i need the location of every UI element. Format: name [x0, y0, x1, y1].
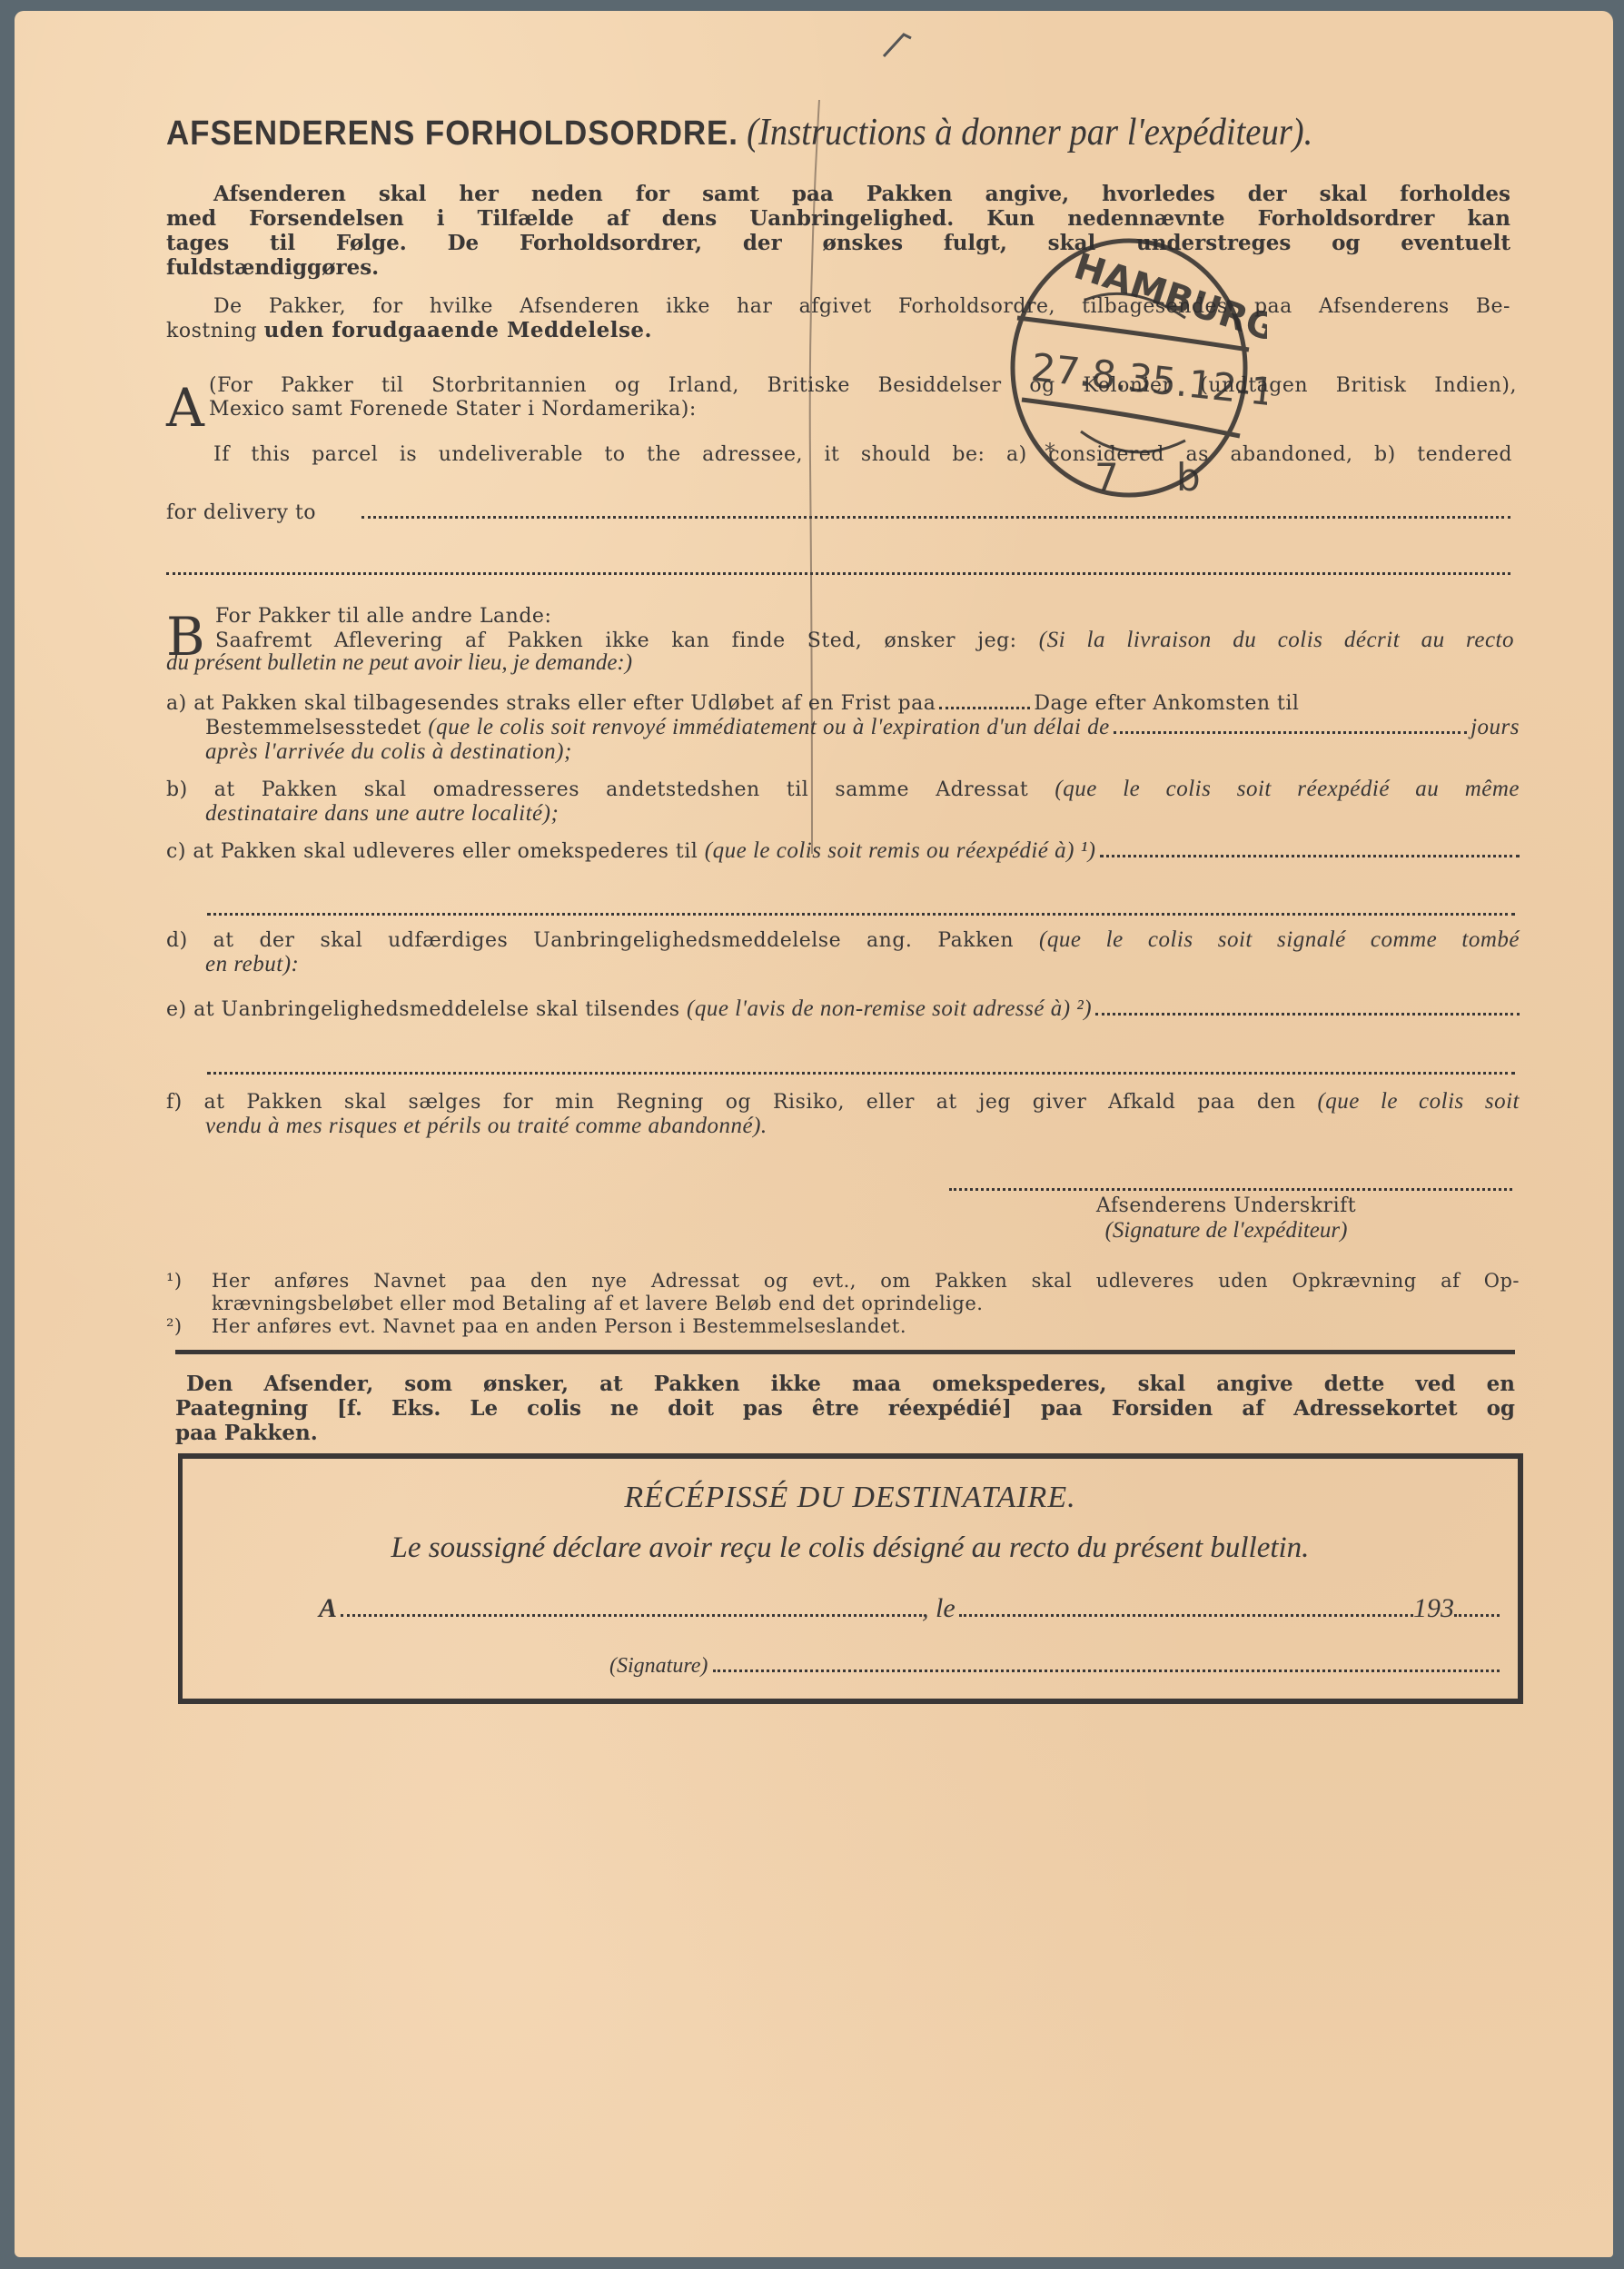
signature-label: Afsenderens Underskrift: [1045, 1194, 1408, 1218]
receipt-signature-label: (Signature): [609, 1654, 708, 1679]
receipt-statement: Le soussigné déclare avoir reçu le colis…: [183, 1531, 1518, 1565]
delivery-to-label: for delivery to: [166, 501, 316, 525]
forward-to-field-2[interactable]: [207, 913, 1515, 916]
section-a-english: If this parcel is undeliverable to the a…: [213, 443, 1512, 467]
place-label: A: [319, 1593, 337, 1624]
svg-text:7: 7: [1094, 455, 1119, 500]
svg-text:b: b: [1176, 455, 1201, 500]
section-divider: [175, 1350, 1515, 1354]
delivery-to-field[interactable]: [361, 516, 1510, 519]
section-b-text: For Pakker til alle andre Lande: Saafrem…: [215, 605, 1514, 653]
option-d[interactable]: d) at der skal udfærdiges Uanbringelighe…: [166, 928, 1520, 976]
signature-label-fr: (Signature de l'expéditeur): [1045, 1218, 1408, 1243]
page-title-fr: (Instructions à donner par l'expéditeur)…: [747, 112, 1312, 154]
receipt-place-date-row: A , le 193: [319, 1593, 1500, 1624]
notify-to-field-2[interactable]: [207, 1072, 1515, 1075]
delivery-to-field-2[interactable]: [166, 572, 1510, 575]
year-prefix: 193: [1413, 1593, 1454, 1624]
date-field[interactable]: [959, 1614, 1413, 1617]
option-b[interactable]: b) at Pakken skal omadresseres andetsted…: [166, 778, 1520, 826]
svg-text:HAMBURG: HAMBURG: [1069, 245, 1267, 350]
svg-text:*: *: [1045, 439, 1055, 464]
page-title: AFSENDERENS FORHOLDSORDRE.(Instructions …: [166, 111, 1312, 154]
receipt-title: RÉCÉPISSÉ DU DESTINATAIRE.: [183, 1481, 1518, 1515]
hamburg-postmark-icon: HAMBURG 27.8.35.12-13 * 7 b: [995, 232, 1267, 504]
sender-signature-field[interactable]: [949, 1188, 1512, 1191]
section-a-letter: A: [166, 381, 204, 434]
section-b-french: du présent bulletin ne peut avoir lieu, …: [166, 650, 632, 676]
place-field[interactable]: [341, 1614, 922, 1617]
option-a[interactable]: a) at Pakken skal tilbagesendes straks e…: [166, 692, 1520, 764]
footnotes: ¹)Her anføres Navnet paa den nye Adressa…: [166, 1270, 1520, 1338]
days-field[interactable]: [939, 707, 1030, 709]
recipient-receipt-box: RÉCÉPISSÉ DU DESTINATAIRE. Le soussigné …: [178, 1453, 1523, 1704]
receipt-signature-field[interactable]: [713, 1670, 1500, 1672]
section-a-text: (For Pakker til Storbritannien og Irland…: [209, 374, 1517, 421]
notify-to-field[interactable]: [1095, 1013, 1520, 1016]
year-field[interactable]: [1454, 1614, 1500, 1617]
intro-instructions: Afsenderen skal her neden for samt paa P…: [166, 182, 1510, 280]
forward-to-field[interactable]: [1100, 855, 1520, 857]
default-return-note: De Pakker, for hvilke Afsenderen ikke ha…: [166, 295, 1510, 343]
option-e[interactable]: e) at Uanbringelighedsmeddelelse skal ti…: [166, 997, 1520, 1022]
pencil-mark: [876, 27, 922, 64]
receipt-signature-row: (Signature): [609, 1654, 1500, 1679]
no-reforward-notice: Den Afsender, som ønsker, at Pakken ikke…: [175, 1372, 1515, 1445]
date-label: , le: [922, 1593, 956, 1624]
option-f[interactable]: f) at Pakken skal sælges for min Regning…: [166, 1090, 1520, 1138]
jours-field[interactable]: [1114, 731, 1467, 734]
option-c[interactable]: c) at Pakken skal udleveres eller omeksp…: [166, 839, 1520, 864]
